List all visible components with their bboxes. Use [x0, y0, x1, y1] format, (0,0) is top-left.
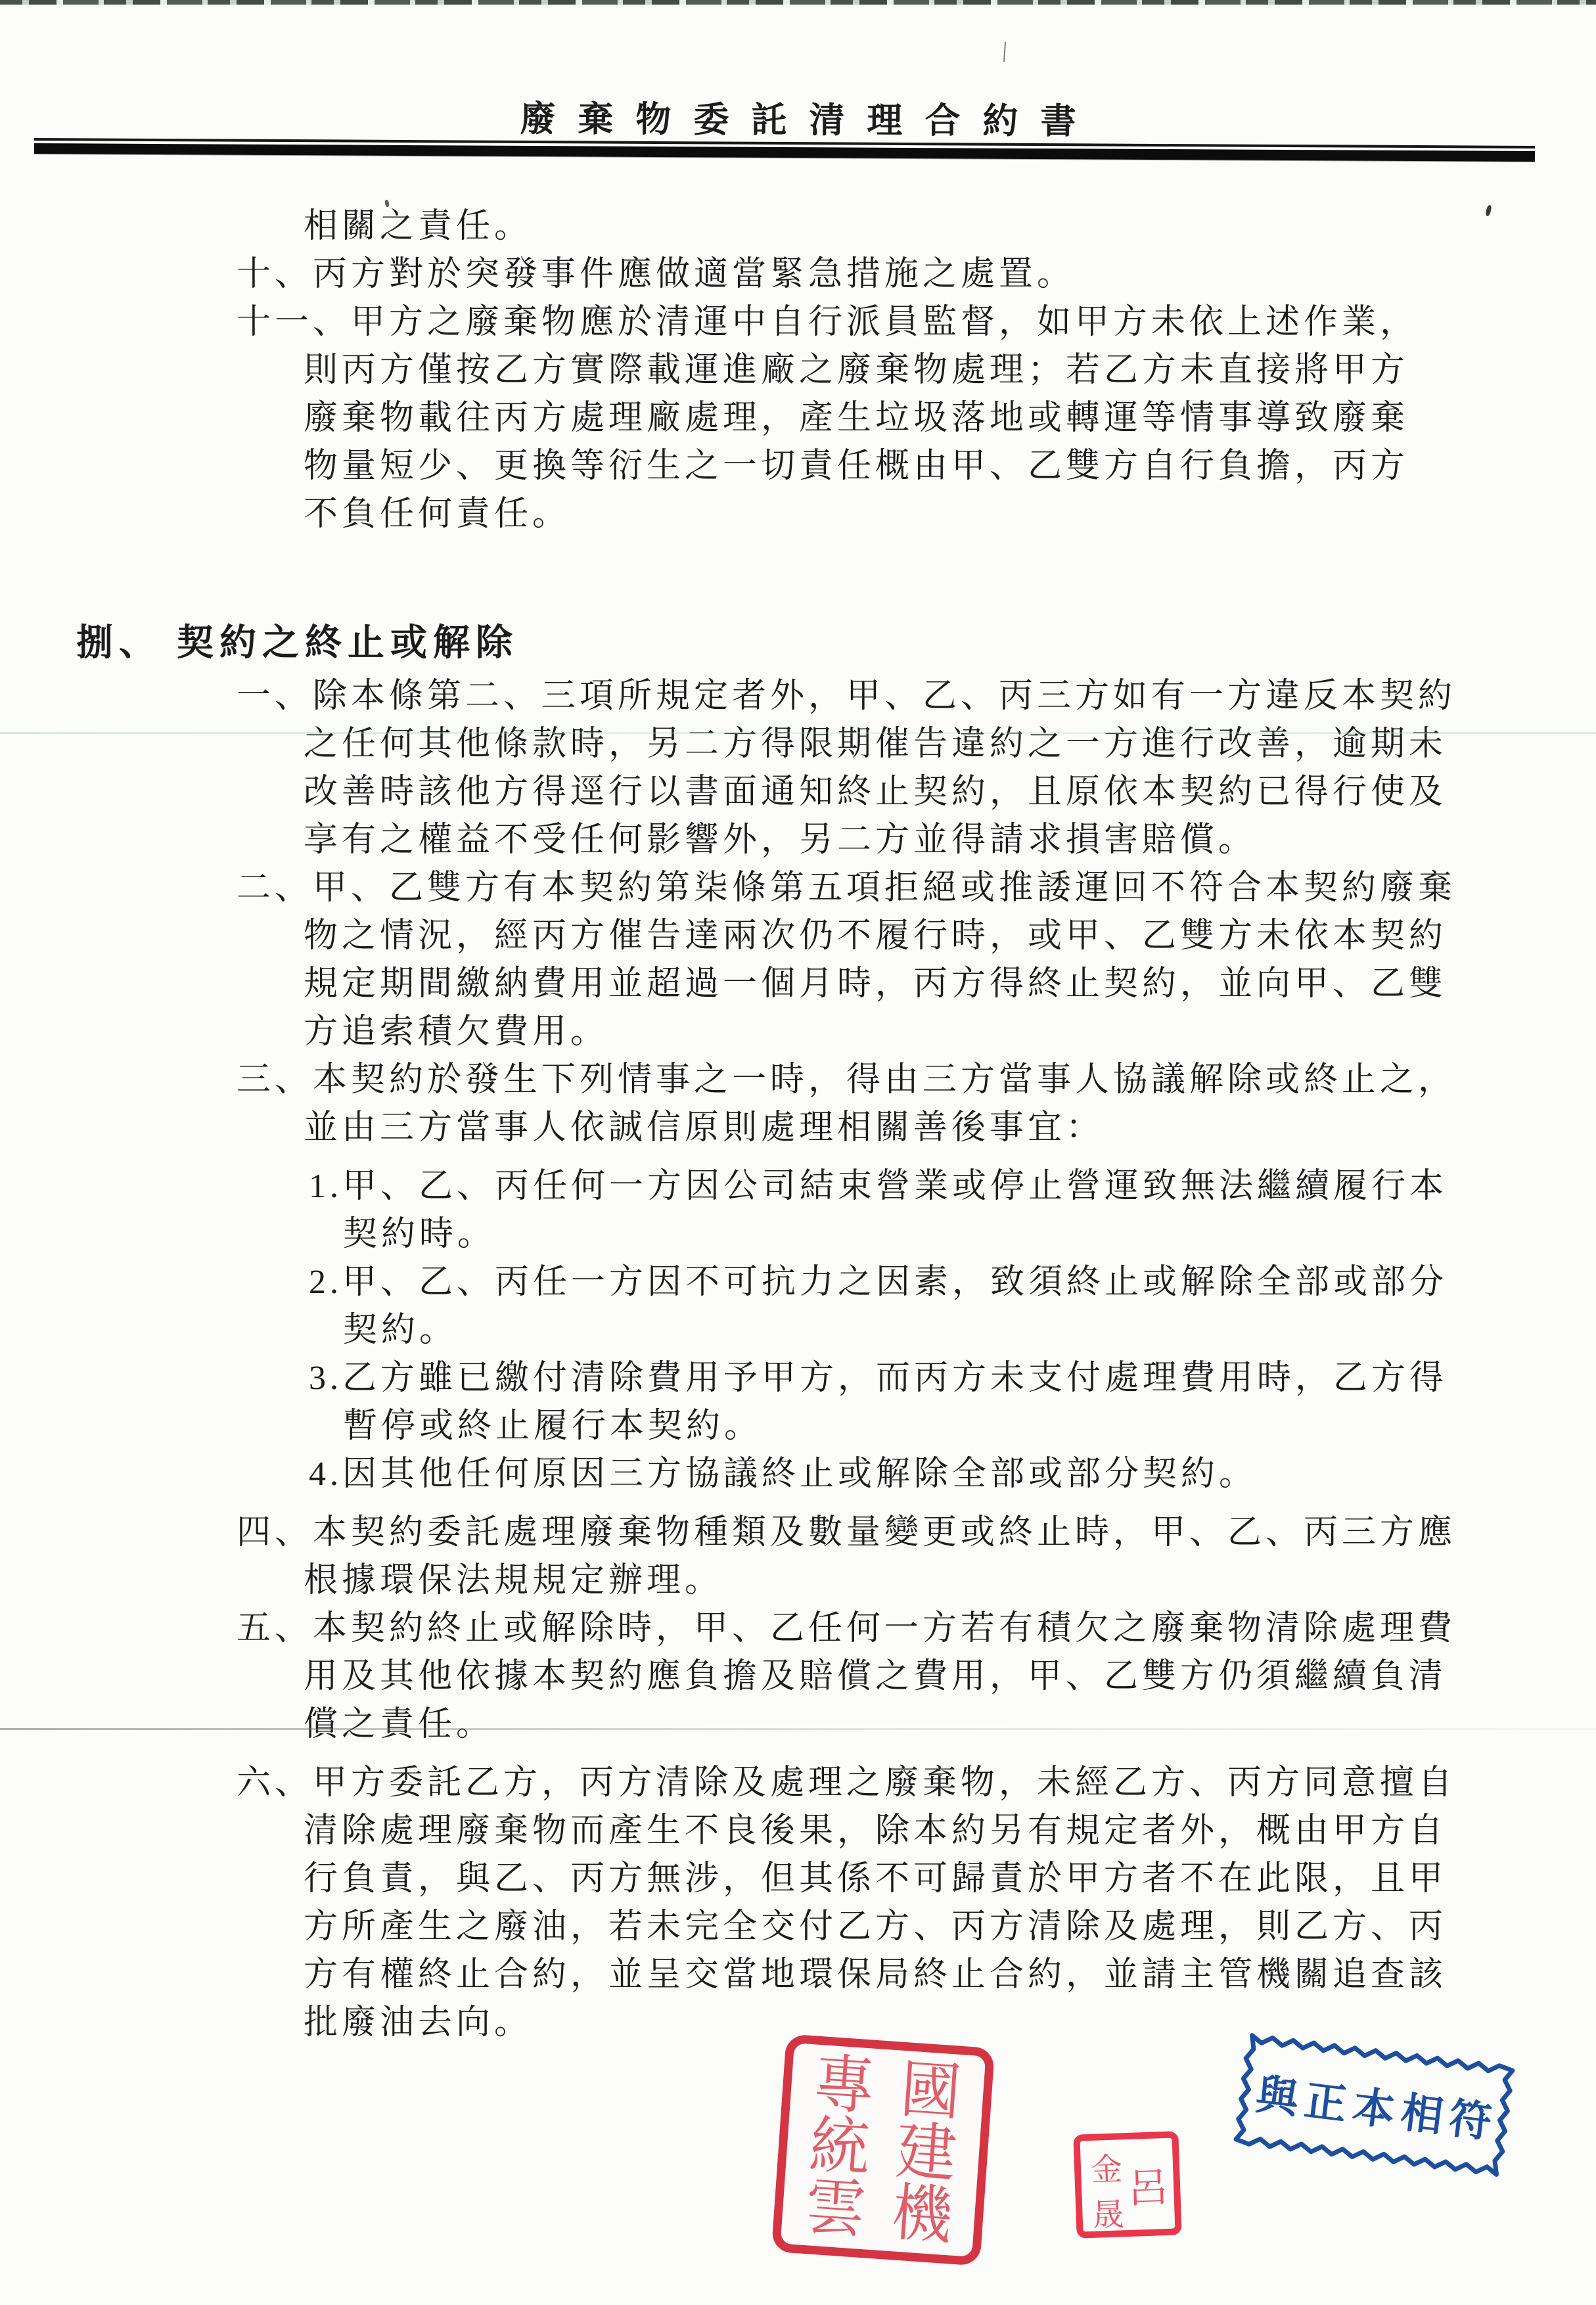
seal-character: 金: [1090, 2143, 1123, 2190]
contract-line: 一、除本條第二、三項所規定者外，甲、乙、丙三方如有一方違反本契約: [0, 672, 1596, 720]
contract-line: 物之情況，經丙方催告達兩次仍不履行時，或甲、乙雙方未依本契約: [0, 912, 1596, 960]
contract-line: 二、甲、乙雙方有本契約第柒條第五項拒絕或推諉運回不符合本契約廢棄: [0, 864, 1596, 912]
contract-line: 十一、甲方之廢棄物應於清運中自行派員監督，如甲方未依上述作業，: [0, 298, 1596, 346]
scanline-artifact: [0, 732, 1596, 734]
company-seal-stamp: 國建機專統雲: [771, 2034, 995, 2266]
seal-character: 專: [811, 2052, 876, 2119]
seal-character: 呂: [1126, 2154, 1169, 2214]
contract-line: 1.甲、乙、丙任何一方因公司結束營業或停止營運致無法繼續履行本: [0, 1162, 1596, 1210]
seal-character: 統: [808, 2113, 872, 2180]
contract-line: 物量短少、更換等衍生之一切責任概由甲、乙雙方自行負擔，丙方: [0, 442, 1596, 490]
contract-line: 根據環保法規規定辦理。: [0, 1557, 1596, 1605]
hairline-artifact: [1003, 42, 1006, 62]
contract-line: 十、丙方對於突發事件應做適當緊急措施之處置。: [0, 250, 1596, 298]
contract-line: 規定期間繳納費用並超過一個月時，丙方得終止契約，並向甲、乙雙: [0, 960, 1596, 1008]
contract-line: 之任何其他條款時，另二方得限期催告違約之一方進行改善，逾期未: [0, 720, 1596, 768]
personal-name-seal-stamp: 呂金晟: [1073, 2131, 1181, 2238]
contract-line: 方有權終止合約，並呈交當地環保局終止合約，並請主管機關追查該: [0, 1951, 1596, 1999]
contract-line: 方所產生之廢油，若未完全交付乙方、丙方清除及處理，則乙方、丙: [0, 1903, 1596, 1951]
contract-line: 方追索積欠費用。: [0, 1008, 1596, 1056]
seal-character: 晟: [1091, 2189, 1124, 2235]
contract-line: 六、甲方委託乙方，丙方清除及處理之廢棄物，未經乙方、丙方同意擅自: [0, 1759, 1596, 1807]
contract-line: 五、本契約終止或解除時，甲、乙任何一方若有積欠之廢棄物清除處理費: [0, 1605, 1596, 1653]
seal-character: 機: [890, 2181, 954, 2248]
scan-edge-artifact: [0, 0, 1596, 5]
contract-line: 享有之權益不受任何影響外，另二方並得請求損害賠償。: [0, 816, 1596, 864]
certified-copy-stamp: 與正本相符: [1232, 2031, 1516, 2178]
contract-line: 清除處理廢棄物而產生不良後果，除本約另有規定者外，概由甲方自: [0, 1807, 1596, 1855]
contract-line: 契約時。: [0, 1210, 1596, 1258]
contract-line: 四、本契約委託處理廢棄物種類及數量變更或終止時，甲、乙、丙三方應: [0, 1509, 1596, 1557]
certified-copy-label: 與正本相符: [1232, 2031, 1516, 2178]
contract-line: 三、本契約於發生下列情事之一時，得由三方當事人協議解除或終止之，: [0, 1056, 1596, 1104]
contract-line: 廢棄物載往丙方處理廠處理，產生垃圾落地或轉運等情事導致廢棄: [0, 394, 1596, 442]
contract-line: 4.因其他任何原因三方協議終止或解除全部或部分契約。: [0, 1450, 1596, 1498]
contract-line: 並由三方當事人依誠信原則處理相關善後事宜：: [0, 1104, 1596, 1152]
seal-character: 建: [894, 2120, 959, 2187]
section-heading: 捌、 契約之終止或解除: [0, 614, 1596, 672]
scanline-artifact: [0, 1728, 1596, 1730]
contract-line: 償之責任。: [0, 1700, 1596, 1748]
contract-line: 則丙方僅按乙方實際載運進廠之廢棄物處理；若乙方未直接將甲方: [0, 346, 1596, 394]
contract-line: 用及其他依據本契約應負擔及賠償之費用，甲、乙雙方仍須繼續負清: [0, 1653, 1596, 1700]
contract-line: 行負責，與乙、丙方無涉，但其係不可歸責於甲方者不在此限，且甲: [0, 1855, 1596, 1903]
contract-line: 2.甲、乙、丙任一方因不可抗力之因素，致須終止或解除全部或部分: [0, 1258, 1596, 1306]
contract-line: 不負任何責任。: [0, 490, 1596, 538]
contract-line: 暫停或終止履行本契約。: [0, 1402, 1596, 1450]
contract-line: 契約。: [0, 1306, 1596, 1354]
seal-character: 國: [898, 2058, 963, 2125]
contract-line: 改善時該他方得逕行以書面通知終止契約，且原依本契約已得行使及: [0, 768, 1596, 816]
contract-body: 相關之責任。十、丙方對於突發事件應做適當緊急措施之處置。十一、甲方之廢棄物應於清…: [0, 202, 1596, 2047]
document-title: 廢棄物委託清理合約書: [0, 89, 1596, 147]
contract-line: 3.乙方雖已繳付清除費用予甲方，而丙方未支付處理費用時，乙方得: [0, 1354, 1596, 1402]
seal-character: 雲: [803, 2175, 867, 2242]
scanned-contract-page: 廢棄物委託清理合約書 相關之責任。十、丙方對於突發事件應做適當緊急措施之處置。十…: [0, 0, 1596, 2305]
contract-line: 相關之責任。: [0, 202, 1596, 250]
